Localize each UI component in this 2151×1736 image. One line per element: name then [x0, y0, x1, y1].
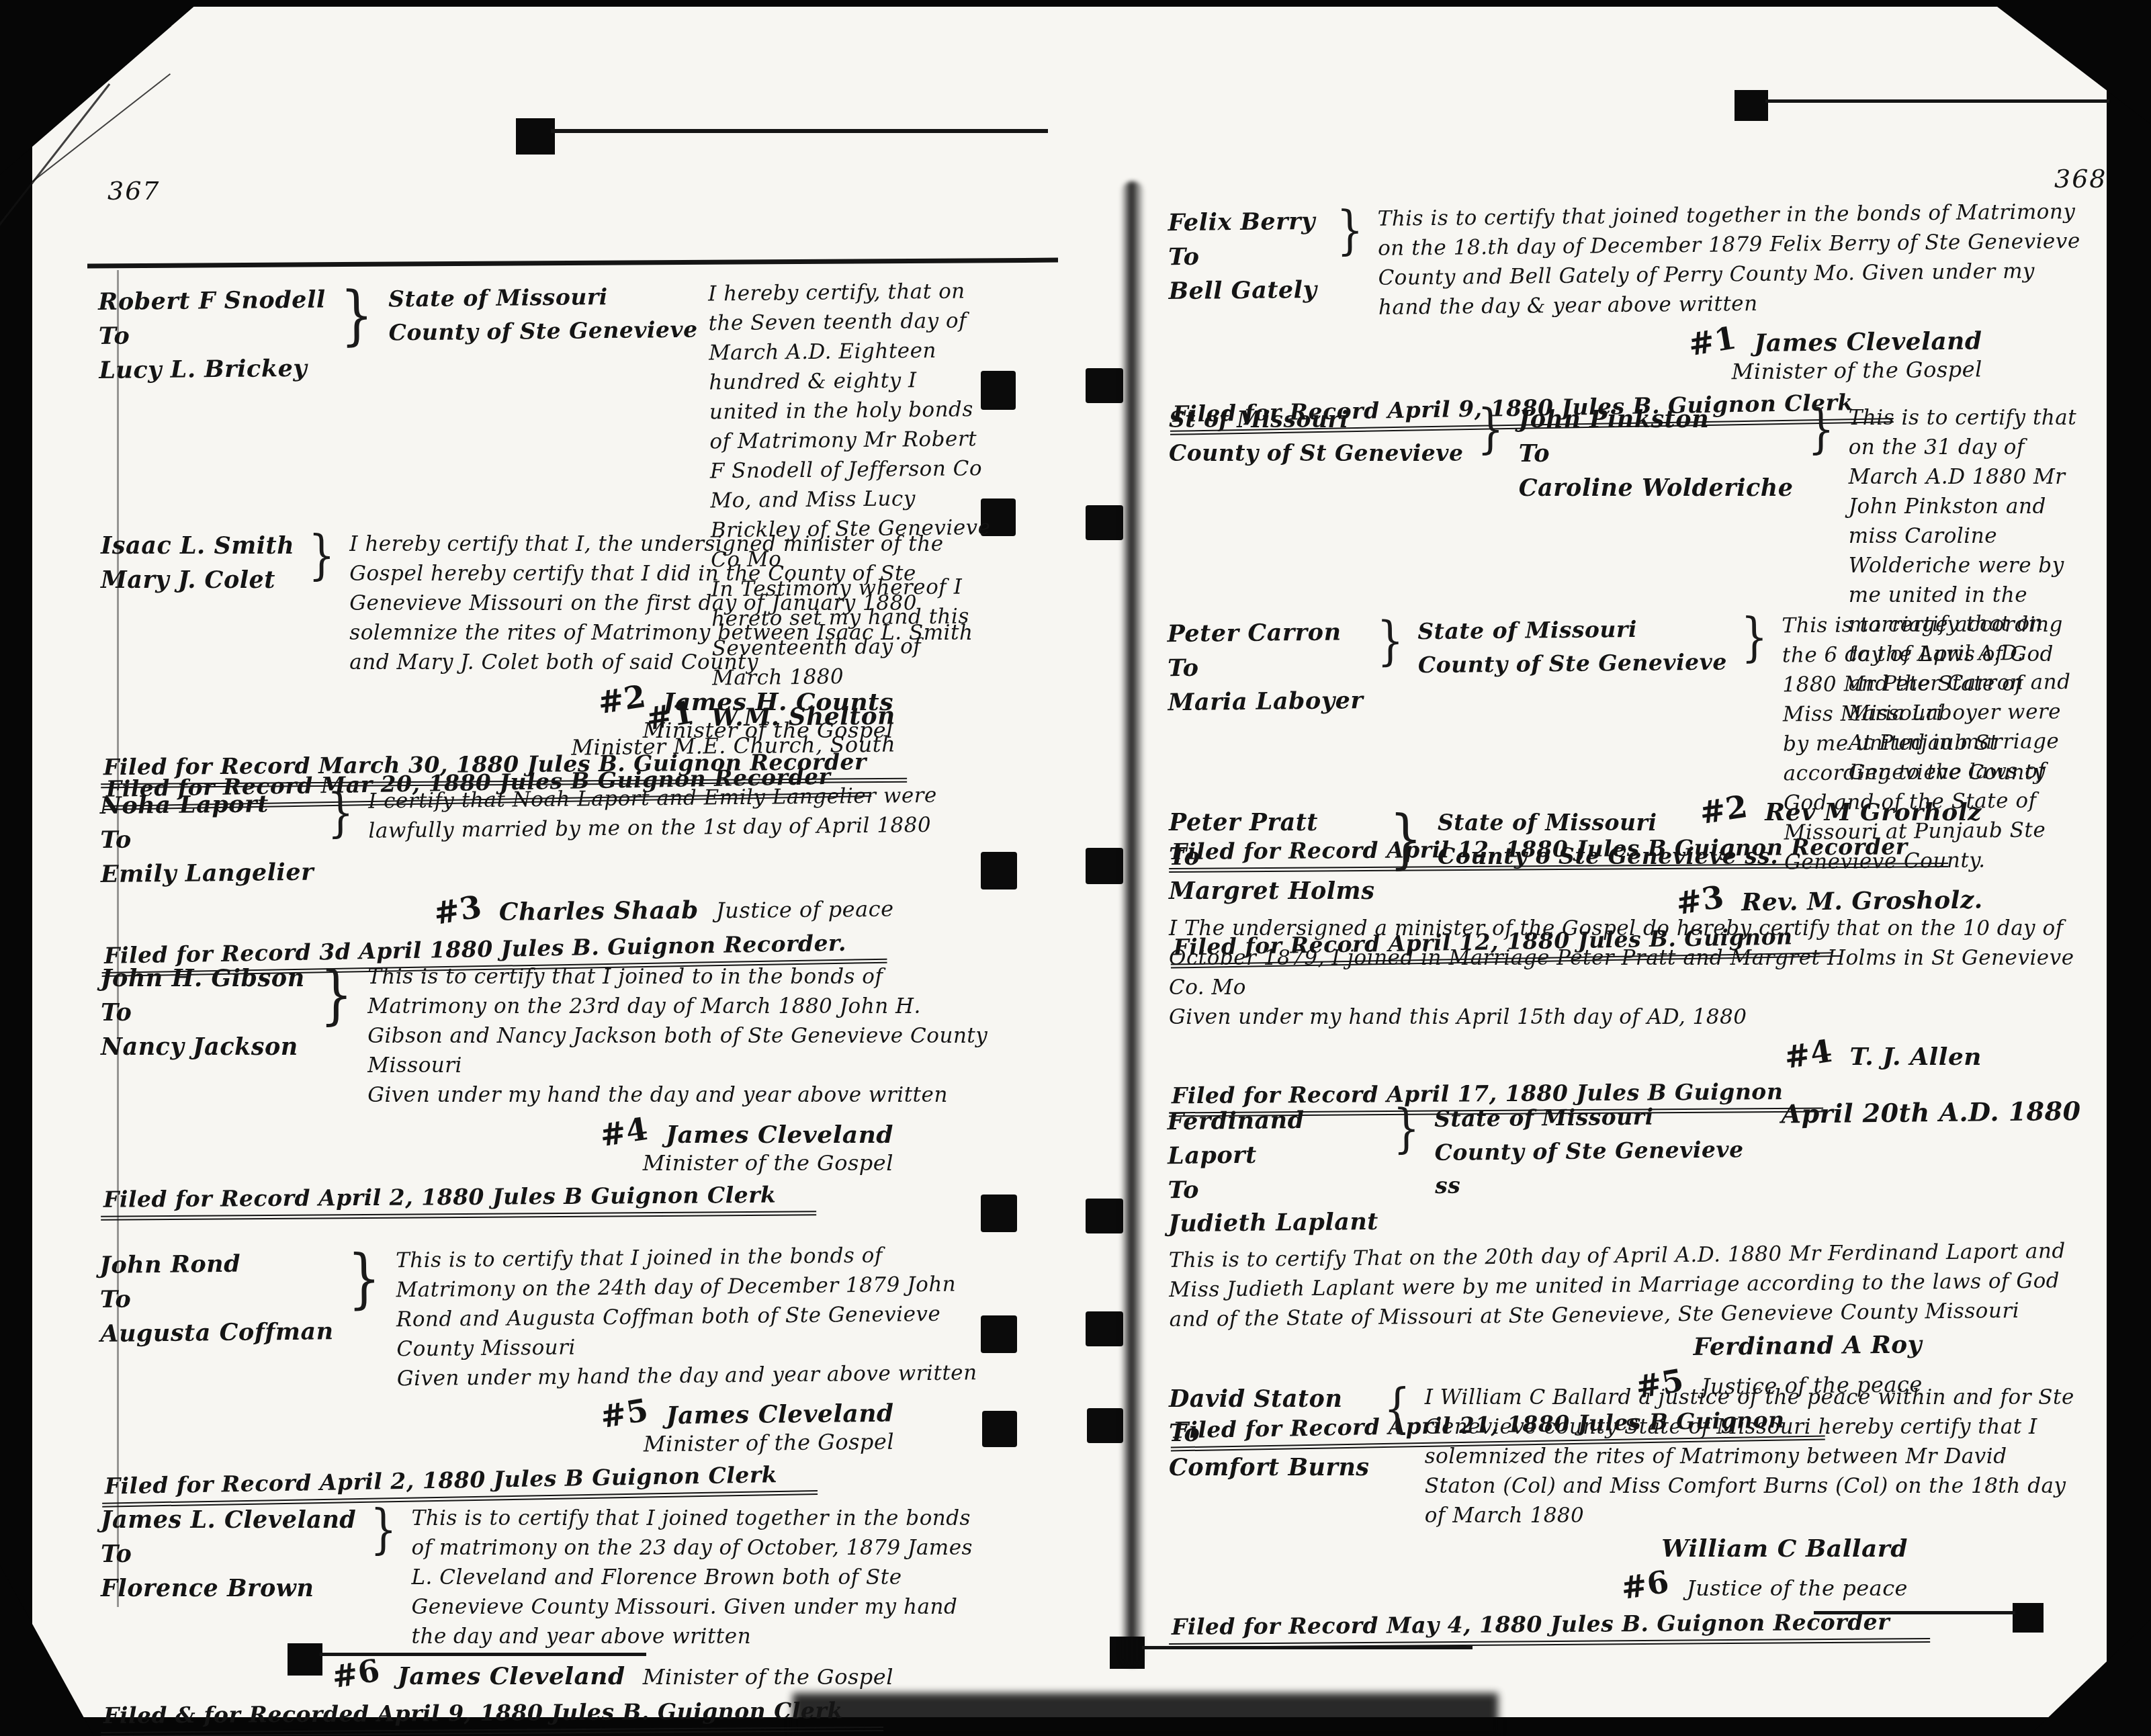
record-parties: David Staton To Comfort Burns — [1169, 1383, 1370, 1485]
record-body: I hereby certify that I, the undersigned… — [349, 529, 994, 677]
gutter-clamp-mark — [1086, 848, 1123, 884]
marriage-record: Felix Berry To Bell Gately } This is to … — [1168, 197, 2083, 433]
record-signature: James Cleveland — [666, 1121, 893, 1149]
record-parties: Peter Pratt To Margret Holms — [1169, 806, 1374, 908]
record-number: #6 — [329, 1652, 382, 1696]
marriage-record: Noha Laport To Emily Langelier } I certi… — [100, 780, 996, 974]
book-gutter-shadow — [1121, 181, 1145, 1666]
record-number: #3 — [431, 888, 484, 932]
record-parties: James L. Cleveland To Florence Brown — [101, 1504, 356, 1606]
microfilm-scan: 367 368 Robert F Snodell To Lucy L. Bric… — [0, 0, 2151, 1736]
record-venue: State of Missouri County of Ste Geneviev… — [1417, 611, 1727, 681]
brace-icon: } — [1393, 1102, 1421, 1155]
record-signature: James Cleveland — [398, 1662, 625, 1690]
record-parties: Peter Carron To Maria Laboyer — [1167, 615, 1363, 720]
gutter-clamp-mark — [1086, 368, 1123, 403]
record-signature: James Cleveland — [666, 1399, 893, 1430]
brace-icon: } — [347, 1246, 381, 1311]
record-signature-title: Justice of the peace — [1687, 1575, 1908, 1601]
brace-icon: } — [1376, 615, 1404, 667]
record-venue: State of Missouri County of Ste Geneviev… — [388, 279, 698, 349]
page-number-right: 368 — [2054, 164, 2107, 193]
marriage-record: James L. Cleveland To Florence Brown } T… — [101, 1504, 994, 1734]
record-parties: Robert F Snodell To Lucy L. Brickey — [98, 283, 326, 388]
page-number-left: 367 — [107, 176, 161, 206]
film-edge-left — [0, 0, 32, 1736]
record-signature: William C Ballard — [1661, 1534, 1908, 1563]
registration-line — [1765, 99, 2109, 103]
gutter-clamp-mark — [1086, 505, 1123, 540]
record-body: I William C Ballard a justice of the pea… — [1425, 1383, 2082, 1530]
record-parties: Isaac L. Smith Mary J. Colet — [101, 529, 294, 598]
brace-icon: } — [1390, 806, 1423, 871]
film-edge-right — [2107, 0, 2151, 1736]
record-signature-title: Minister of the Gospel — [101, 718, 893, 743]
record-venue: State of Missouri County o Ste Genevieve… — [1438, 806, 1778, 873]
record-body: This is to certify That on the 20th day … — [1169, 1236, 2083, 1334]
record-number: #2 — [595, 678, 648, 722]
gutter-clamp-mark — [1087, 1408, 1123, 1443]
record-venue: State of Missouri County of Ste Geneviev… — [1434, 1099, 1745, 1202]
record-signature: T. J. Allen — [1850, 1043, 1982, 1071]
record-signature: James H. Counts — [663, 688, 893, 716]
record-body: I certify that Noah Laport and Emily Lan… — [368, 780, 994, 846]
gutter-clamp-mark — [1086, 1311, 1123, 1346]
record-number: #1 — [1686, 319, 1740, 363]
record-number: #6 — [1618, 1563, 1671, 1607]
record-body: This is to certify that I joined in the … — [396, 1240, 994, 1393]
brace-icon: } — [320, 962, 353, 1027]
record-signature-title: Justice of peace — [716, 896, 894, 924]
record-signature: Charles Shaab — [499, 896, 699, 926]
record-parties: John Pinkston To Caroline Wolderiche — [1519, 403, 1794, 505]
brace-icon: } — [308, 529, 335, 582]
brace-icon: } — [1477, 403, 1504, 455]
record-body: I The undersigned a minister of the Gosp… — [1169, 914, 2082, 1032]
registration-line — [551, 129, 1048, 133]
brace-icon: } — [1808, 403, 1835, 455]
record-venue: St of Missouri County of St Genevieve — [1169, 403, 1463, 470]
record-number: #4 — [598, 1111, 651, 1154]
marriage-record: John Rond To Augusta Coffman } This is t… — [99, 1240, 996, 1505]
gutter-clamp-mark — [1086, 1199, 1123, 1233]
marriage-record: Isaac L. Smith Mary J. Colet } I hereby … — [101, 529, 994, 785]
brace-icon: } — [1741, 611, 1768, 664]
record-parties: John Rond To Augusta Coffman — [99, 1246, 334, 1351]
record-parties: Felix Berry To Bell Gately — [1168, 205, 1323, 309]
record-date-note: April 20th A.D. 1880 — [1781, 1096, 2080, 1129]
record-parties: Noha Laport To Emily Langelier — [100, 787, 314, 892]
record-filed-line: Filed for Record May 4, 1880 Jules B. Gu… — [1169, 1608, 1931, 1648]
brace-icon: } — [327, 787, 355, 839]
record-body: This is to certify that joined together … — [1377, 197, 2082, 322]
brace-icon: } — [1336, 204, 1364, 257]
registration-mark-icon — [1735, 90, 1768, 121]
record-number: #5 — [598, 1391, 652, 1435]
record-signature-title: Minister of the Gospel — [101, 1150, 893, 1176]
record-signature: James Cleveland — [1754, 327, 1982, 358]
record-filed-line: Filed & for Recorded April 9, 1880 Jules… — [101, 1697, 883, 1736]
record-number: #4 — [1782, 1033, 1835, 1076]
record-body: This is to certify that I joined togethe… — [411, 1504, 994, 1651]
record-filed-line: Filed for Record April 2, 1880 Jules B G… — [101, 1181, 817, 1220]
record-parties: John H. Gibson To Nancy Jackson — [101, 962, 305, 1064]
record-signature-title: Minister of the Gospel — [643, 1664, 893, 1690]
registration-mark-icon — [516, 118, 555, 155]
brace-icon: { — [1384, 1383, 1411, 1435]
record-signature: Ferdinand A Roy — [1693, 1330, 1922, 1361]
film-edge-top — [0, 0, 2151, 7]
marriage-record: David Staton To Comfort Burns { I Willia… — [1169, 1383, 2082, 1645]
record-parties: Ferdinand Laport To Judieth Laplant — [1167, 1103, 1380, 1242]
marriage-record: John H. Gibson To Nancy Jackson } This i… — [101, 962, 994, 1218]
marriage-record: Peter Pratt To Margret Holms } State of … — [1169, 806, 2082, 1115]
record-body: This is to certify that I joined to in t… — [367, 962, 994, 1110]
brace-icon: } — [341, 283, 374, 348]
brace-icon: } — [370, 1504, 397, 1556]
